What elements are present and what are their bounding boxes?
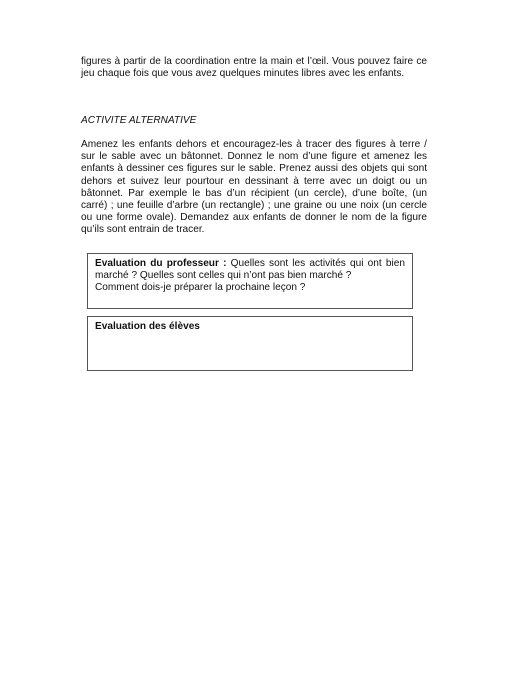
teacher-evaluation-label: Evaluation du professeur : [95, 258, 226, 269]
alternative-activity-paragraph: Amenez les enfants dehors et encouragez-… [81, 139, 427, 237]
continuation-paragraph: figures à partir de la coordination entr… [81, 56, 427, 80]
document-page: figures à partir de la coordination entr… [0, 0, 532, 688]
teacher-evaluation-text: Evaluation du professeur : Quelles sont … [95, 258, 405, 282]
teacher-evaluation-box: Evaluation du professeur : Quelles sont … [87, 253, 413, 309]
student-evaluation-label: Evaluation des élèves [95, 321, 200, 332]
student-evaluation-box: Evaluation des élèves [87, 316, 413, 371]
teacher-evaluation-next-lesson: Comment dois-je préparer la prochaine le… [95, 282, 405, 294]
section-heading: ACTIVITE ALTERNATIVE [81, 115, 196, 126]
